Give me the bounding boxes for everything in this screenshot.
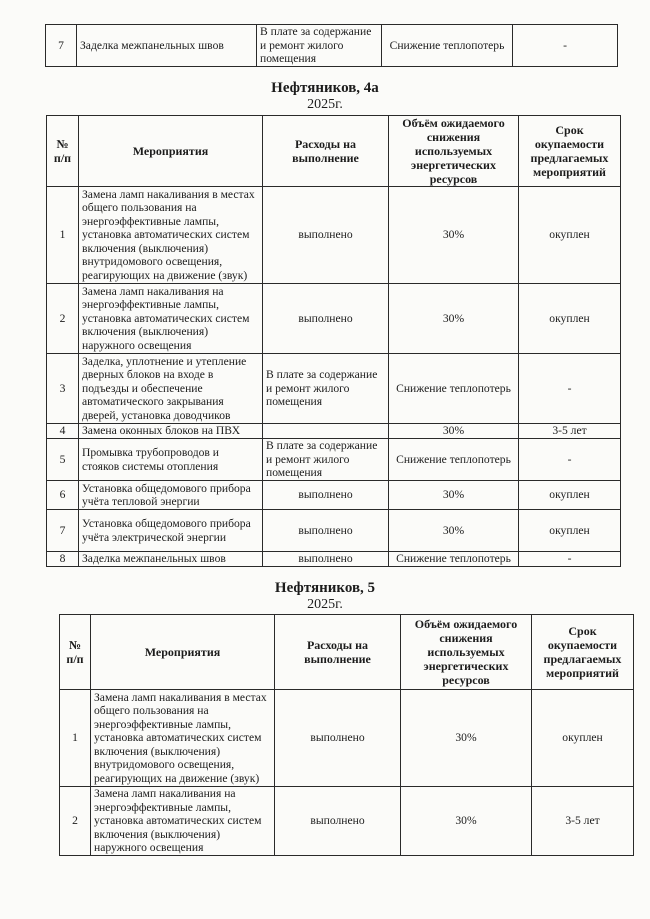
table-row: 1 Замена ламп накаливания в местах общег… (47, 187, 621, 284)
row-number: 7 (47, 510, 79, 552)
row-payback: окуплен (519, 284, 621, 354)
header-measure: Мероприятия (91, 615, 275, 690)
table-header-row: № п/п Мероприятия Расходы на выполнение … (47, 116, 621, 187)
measures-table-4a: № п/п Мероприятия Расходы на выполнение … (46, 115, 621, 567)
row-payback: окуплен (519, 481, 621, 510)
header-volume: Объём ожидаемого снижения используемых э… (401, 615, 532, 690)
row-volume: 30% (401, 787, 532, 856)
row-number: 2 (60, 787, 91, 856)
row-measure: Установка общедомового прибора учёта теп… (79, 481, 263, 510)
row-number: 1 (47, 187, 79, 284)
table-header-row: № п/п Мероприятия Расходы на выполнение … (60, 615, 634, 690)
row-cost: выполнено (263, 510, 389, 552)
row-payback: окуплен (519, 510, 621, 552)
row-cost: В плате за содержание и ремонт жилого по… (263, 439, 389, 481)
row-number: 4 (47, 424, 79, 439)
section-title: Нефтяников, 4а (0, 80, 650, 97)
row-number: 3 (47, 354, 79, 424)
row-payback: 3-5 лет (519, 424, 621, 439)
table-row: 3 Заделка, уплотнение и утепление дверны… (47, 354, 621, 424)
row-cost: выполнено (263, 481, 389, 510)
row-volume: Снижение теплопотерь (389, 439, 519, 481)
row-number: 1 (60, 690, 91, 787)
header-num: № п/п (60, 615, 91, 690)
continued-table: 7 Заделка межпанельных швов В плате за с… (45, 24, 618, 67)
row-measure: Заделка, уплотнение и утепление дверных … (79, 354, 263, 424)
row-number: 7 (46, 25, 77, 67)
row-measure: Замена ламп накаливания на энергоэффекти… (91, 787, 275, 856)
row-cost: В плате за содержание и ремонт жилого по… (263, 354, 389, 424)
row-payback: - (513, 25, 618, 67)
row-measure: Заделка межпанельных швов (79, 552, 263, 567)
row-payback: - (519, 552, 621, 567)
table-row: 1 Замена ламп накаливания в местах общег… (60, 690, 634, 787)
row-volume: Снижение теплопотерь (389, 354, 519, 424)
row-cost: выполнено (263, 552, 389, 567)
row-measure: Промывка трубопроводов и стояков системы… (79, 439, 263, 481)
table-row: 6 Установка общедомового прибора учёта т… (47, 481, 621, 510)
row-measure: Установка общедомового прибора учёта эле… (79, 510, 263, 552)
table-row: 7 Установка общедомового прибора учёта э… (47, 510, 621, 552)
row-volume: 30% (389, 424, 519, 439)
row-volume: Снижение теплопотерь (382, 25, 513, 67)
row-number: 8 (47, 552, 79, 567)
header-payback: Срок окупаемости предлагаемых мероприяти… (532, 615, 634, 690)
header-measure: Мероприятия (79, 116, 263, 187)
row-volume: 30% (389, 187, 519, 284)
row-volume: Снижение теплопотерь (389, 552, 519, 567)
row-cost: выполнено (275, 690, 401, 787)
header-cost: Расходы на выполнение (275, 615, 401, 690)
row-measure: Замена ламп накаливания в местах общего … (91, 690, 275, 787)
row-payback: 3-5 лет (532, 787, 634, 856)
row-cost (263, 424, 389, 439)
row-payback: - (519, 439, 621, 481)
table-row: 4 Замена оконных блоков на ПВХ 30% 3-5 л… (47, 424, 621, 439)
header-payback: Срок окупаемости предлагаемых мероприяти… (519, 116, 621, 187)
row-measure: Заделка межпанельных швов (77, 25, 257, 67)
section-title: Нефтяников, 5 (0, 580, 650, 597)
row-measure: Замена ламп накаливания в местах общего … (79, 187, 263, 284)
row-cost: выполнено (263, 284, 389, 354)
row-measure: Замена ламп накаливания на энергоэффекти… (79, 284, 263, 354)
row-payback: окуплен (519, 187, 621, 284)
section-year: 2025г. (0, 597, 650, 613)
row-number: 5 (47, 439, 79, 481)
table-row: 5 Промывка трубопроводов и стояков систе… (47, 439, 621, 481)
measures-table-5: № п/п Мероприятия Расходы на выполнение … (59, 614, 634, 856)
header-volume: Объём ожидаемого снижения используемых э… (389, 116, 519, 187)
table-row: 8 Заделка межпанельных швов выполнено Сн… (47, 552, 621, 567)
row-cost: выполнено (275, 787, 401, 856)
row-volume: 30% (389, 481, 519, 510)
table-row: 2 Замена ламп накаливания на энергоэффек… (60, 787, 634, 856)
row-number: 2 (47, 284, 79, 354)
row-payback: окуплен (532, 690, 634, 787)
section-year: 2025г. (0, 97, 650, 113)
table-row: 2 Замена ламп накаливания на энергоэффек… (47, 284, 621, 354)
row-volume: 30% (389, 284, 519, 354)
row-volume: 30% (389, 510, 519, 552)
header-cost: Расходы на выполнение (263, 116, 389, 187)
row-cost: выполнено (263, 187, 389, 284)
header-num: № п/п (47, 116, 79, 187)
row-cost: В плате за содержание и ремонт жилого по… (257, 25, 382, 67)
row-payback: - (519, 354, 621, 424)
row-volume: 30% (401, 690, 532, 787)
row-number: 6 (47, 481, 79, 510)
table-row: 7 Заделка межпанельных швов В плате за с… (46, 25, 618, 67)
row-measure: Замена оконных блоков на ПВХ (79, 424, 263, 439)
